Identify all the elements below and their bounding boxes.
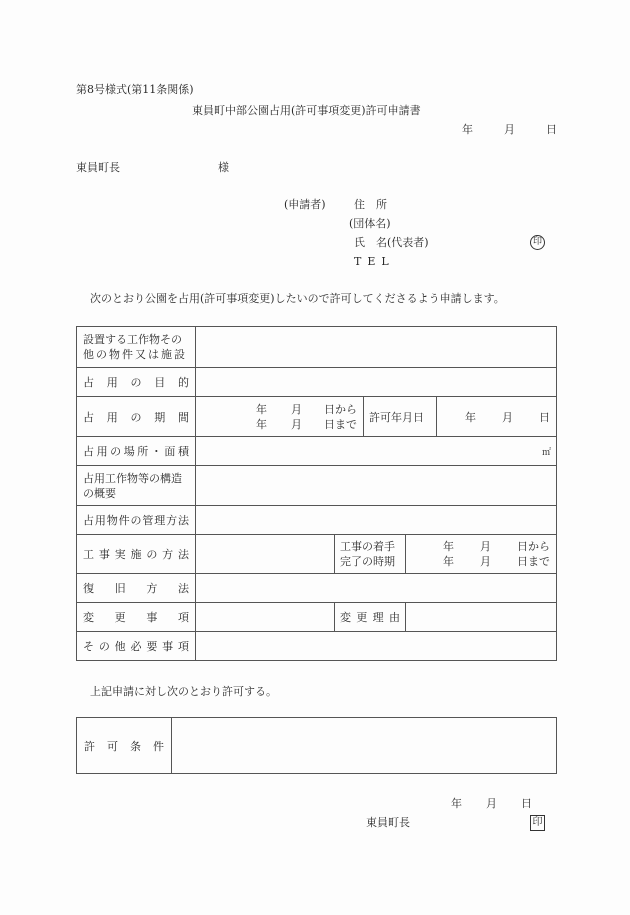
row-label: 工事実施の方法 bbox=[77, 535, 196, 573]
document-title: 東員町中部公園占用(許可事項変更)許可申請書 bbox=[192, 104, 421, 118]
permit-date-label: 許可年月日 bbox=[363, 397, 436, 436]
change-reason-input[interactable] bbox=[405, 603, 556, 631]
intro-text: 次のとおり公園を占用(許可事項変更)したいので許可してくださるよう申請します。 bbox=[90, 292, 505, 306]
row-label: 占用の場所・面積 bbox=[77, 437, 196, 465]
table-row-changes: 変更事項 変更理由 bbox=[77, 603, 556, 632]
restoration-input[interactable] bbox=[196, 574, 556, 602]
purpose-input[interactable] bbox=[196, 368, 556, 396]
row-label: 占用の期間 bbox=[77, 397, 196, 436]
application-table: 設置する工作物その 他の物件又は施設 占用の目的 占用の期間 年月日から 年月日… bbox=[76, 326, 557, 661]
table-row-location-area: 占用の場所・面積 ㎡ bbox=[77, 437, 556, 466]
application-date: 年 月 日 bbox=[462, 123, 557, 137]
table-row-other: その他必要事項 bbox=[77, 632, 556, 660]
applicant-address-label: 住 所 bbox=[354, 198, 387, 212]
row-label: その他必要事項 bbox=[77, 632, 196, 660]
grant-text: 上記申請に対し次のとおり許可する。 bbox=[90, 685, 277, 699]
table-row-purpose: 占用の目的 bbox=[77, 368, 556, 397]
structure-input[interactable] bbox=[196, 466, 556, 505]
table-row-restoration: 復旧方法 bbox=[77, 574, 556, 603]
seal-icon: 印 bbox=[530, 235, 545, 250]
row-label: 復旧方法 bbox=[77, 574, 196, 602]
row-label: 変更事項 bbox=[77, 603, 196, 631]
date-month: 月 bbox=[504, 123, 515, 137]
permit-date: 年月日 bbox=[451, 797, 532, 811]
construction-timing-label: 工事の着手 完了の時期 bbox=[334, 535, 405, 573]
other-input[interactable] bbox=[196, 632, 556, 660]
permit-date-input[interactable]: 年月日 bbox=[436, 397, 556, 436]
permit-conditions-input[interactable] bbox=[172, 718, 556, 773]
applicant-name-label: 氏 名(代表者) bbox=[354, 236, 429, 250]
seal-icon: 印 bbox=[530, 815, 545, 831]
row-label: 設置する工作物その 他の物件又は施設 bbox=[77, 327, 196, 367]
date-day: 日 bbox=[546, 123, 557, 137]
honorific: 様 bbox=[218, 161, 229, 175]
row-label: 占用工作物等の構造 の概要 bbox=[77, 466, 196, 505]
applicant-label: (申請者) bbox=[284, 198, 326, 212]
change-reason-label: 変更理由 bbox=[334, 603, 405, 631]
table-row-structure: 占用工作物等の構造 の概要 bbox=[77, 466, 556, 506]
label-line: 設置する工作物その bbox=[83, 332, 187, 347]
permit-conditions-table: 許可条件 bbox=[76, 717, 557, 774]
change-items-input[interactable] bbox=[196, 603, 334, 631]
table-row-facility: 設置する工作物その 他の物件又は施設 bbox=[77, 327, 556, 368]
addressee: 東員町長 bbox=[76, 161, 120, 175]
applicant-organization-label: (団体名) bbox=[349, 217, 391, 231]
form-number: 第8号様式(第11条関係) bbox=[76, 83, 194, 97]
permit-conditions-label: 許可条件 bbox=[77, 718, 172, 773]
row-label: 占用の目的 bbox=[77, 368, 196, 396]
location-area-input[interactable]: ㎡ bbox=[196, 437, 556, 465]
row-label: 占用物件の管理方法 bbox=[77, 506, 196, 534]
construction-method-input[interactable] bbox=[196, 535, 334, 573]
period-input[interactable]: 年月日から 年月日まで bbox=[196, 397, 363, 436]
facility-input[interactable] bbox=[196, 327, 556, 367]
applicant-tel-label: TEL bbox=[354, 255, 395, 269]
table-row-period: 占用の期間 年月日から 年月日まで 許可年月日 年月日 bbox=[77, 397, 556, 437]
signer: 東員町長 bbox=[366, 816, 410, 830]
table-row-construction: 工事実施の方法 工事の着手 完了の時期 年月日から 年月日まで bbox=[77, 535, 556, 574]
date-year: 年 bbox=[462, 123, 473, 137]
management-input[interactable] bbox=[196, 506, 556, 534]
construction-timing-input[interactable]: 年月日から 年月日まで bbox=[405, 535, 556, 573]
label-line: 他の物件又は施設 bbox=[83, 347, 187, 362]
table-row-management: 占用物件の管理方法 bbox=[77, 506, 556, 535]
